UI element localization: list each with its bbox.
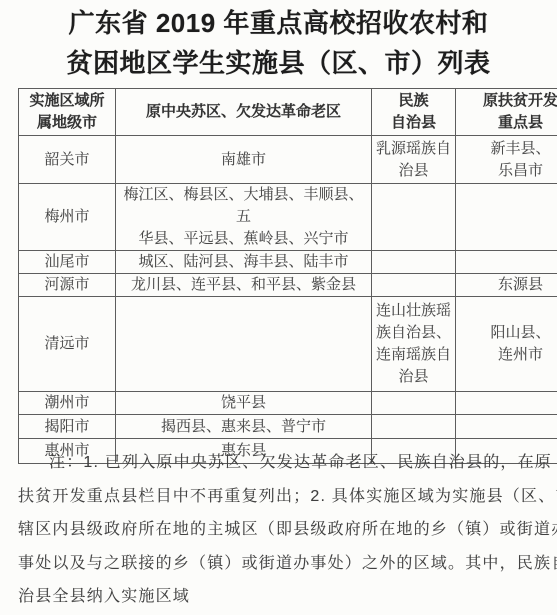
table-row: 清远市 连山壮族瑶 族自治县、 连南瑶族自 治县 阳山县、 连州市: [19, 297, 557, 392]
cell-poverty-county: 新丰县、 乐昌市: [456, 136, 557, 184]
implementation-counties-table: 实施区域所 属地级市 原中央苏区、欠发达革命老区 民族 自治县 原扶贫开发 重点…: [18, 88, 557, 464]
title-line-2: 贫困地区学生实施县（区、市）列表: [0, 43, 557, 83]
cell-minority-county: [372, 392, 456, 415]
cell-poverty-county: [456, 184, 557, 251]
table-row: 梅州市 梅江区、梅县区、大埔县、丰顺县、五 华县、平远县、蕉岭县、兴宁市: [19, 184, 557, 251]
cell-minority-county: [372, 184, 456, 251]
header-minority-county: 民族 自治县: [372, 89, 456, 136]
table-row: 潮州市 饶平县: [19, 392, 557, 415]
cell-city: 清远市: [19, 297, 116, 392]
footnote-text: 注：1. 已列入原中央苏区、欠发达革命老区、民族自治县的，在原 扶贫开发重点县栏…: [18, 446, 557, 614]
cell-city: 潮州市: [19, 392, 116, 415]
cell-city: 揭阳市: [19, 415, 116, 439]
table-header-row: 实施区域所 属地级市 原中央苏区、欠发达革命老区 民族 自治县 原扶贫开发 重点…: [19, 89, 557, 136]
cell-soviet-area: 揭西县、惠来县、普宁市: [116, 415, 372, 439]
cell-soviet-area: 南雄市: [116, 136, 372, 184]
cell-city: 汕尾市: [19, 251, 116, 274]
cell-poverty-county: 东源县: [456, 274, 557, 297]
table-row: 汕尾市 城区、陆河县、海丰县、陆丰市: [19, 251, 557, 274]
cell-poverty-county: [456, 392, 557, 415]
document-page: 广东省 2019 年重点高校招收农村和 贫困地区学生实施县（区、市）列表 实施区…: [0, 0, 557, 615]
cell-soviet-area: [116, 297, 372, 392]
cell-soviet-area: 梅江区、梅县区、大埔县、丰顺县、五 华县、平远县、蕉岭县、兴宁市: [116, 184, 372, 251]
table-row: 韶关市 南雄市 乳源瑶族自 治县 新丰县、 乐昌市: [19, 136, 557, 184]
cell-poverty-county: [456, 251, 557, 274]
header-poverty-county: 原扶贫开发 重点县: [456, 89, 557, 136]
header-city: 实施区域所 属地级市: [19, 89, 116, 136]
table-row: 河源市 龙川县、连平县、和平县、紫金县 东源县: [19, 274, 557, 297]
cell-minority-county: [372, 274, 456, 297]
cell-soviet-area: 饶平县: [116, 392, 372, 415]
document-title: 广东省 2019 年重点高校招收农村和 贫困地区学生实施县（区、市）列表: [0, 3, 557, 83]
cell-city: 河源市: [19, 274, 116, 297]
cell-minority-county: [372, 415, 456, 439]
cell-poverty-county: [456, 415, 557, 439]
title-line-1: 广东省 2019 年重点高校招收农村和: [0, 3, 557, 43]
cell-soviet-area: 城区、陆河县、海丰县、陆丰市: [116, 251, 372, 274]
cell-poverty-county: 阳山县、 连州市: [456, 297, 557, 392]
header-soviet-area: 原中央苏区、欠发达革命老区: [116, 89, 372, 136]
cell-minority-county: 连山壮族瑶 族自治县、 连南瑶族自 治县: [372, 297, 456, 392]
cell-city: 梅州市: [19, 184, 116, 251]
cell-minority-county: [372, 251, 456, 274]
table-row: 揭阳市 揭西县、惠来县、普宁市: [19, 415, 557, 439]
cell-minority-county: 乳源瑶族自 治县: [372, 136, 456, 184]
cell-soviet-area: 龙川县、连平县、和平县、紫金县: [116, 274, 372, 297]
cell-city: 韶关市: [19, 136, 116, 184]
